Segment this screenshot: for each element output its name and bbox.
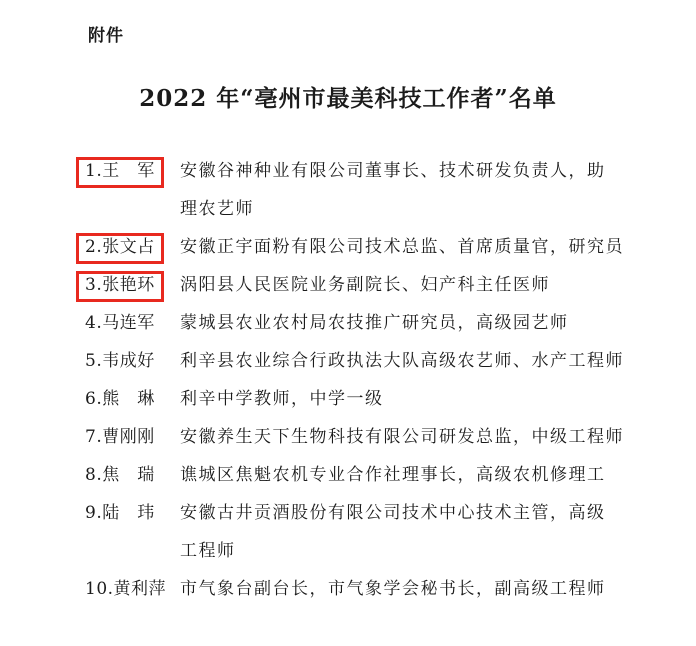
- awardee-name: 4.马连军: [85, 315, 155, 333]
- awardee-name-cell: 7.曹刚刚: [85, 418, 180, 456]
- awardee-name: 7.曹刚刚: [85, 429, 155, 447]
- awardee-name-cell: 6.熊 琳: [85, 380, 180, 418]
- awardee-name-cell: 3.张艳环: [85, 266, 180, 304]
- list-item: 8.焦 瑞谯城区焦魁农机专业合作社理事长，高级农机修理工: [85, 456, 660, 494]
- awardee-description-line: 工程师: [180, 532, 660, 570]
- awardee-description-line: 利辛中学教师，中学一级: [180, 380, 660, 418]
- awardee-name: 5.韦成好: [85, 353, 155, 371]
- awardee-name: 10.黄利萍: [85, 581, 166, 599]
- awardee-name-cell: 10.黄利萍: [85, 570, 180, 608]
- awardee-description-line: 安徽养生天下生物科技有限公司研发总监，中级工程师: [180, 418, 660, 456]
- awardee-name-cell: 1.王 军: [85, 152, 180, 190]
- awardee-description-line: 谯城区焦魁农机专业合作社理事长，高级农机修理工: [180, 456, 660, 494]
- awardee-list: 1.王 军安徽谷神种业有限公司董事长、技术研发负责人，助理农艺师2.张文占安徽正…: [85, 152, 660, 608]
- awardee-description-line: 蒙城县农业农村局农技推广研究员，高级园艺师: [180, 304, 660, 342]
- awardee-description: 安徽养生天下生物科技有限公司研发总监，中级工程师: [180, 418, 660, 456]
- page-title: 2022 年“亳州市最美科技工作者”名单: [0, 80, 696, 113]
- list-item: 5.韦成好利辛县农业综合行政执法大队高级农艺师、水产工程师: [85, 342, 660, 380]
- awardee-description-line: 涡阳县人民医院业务副院长、妇产科主任医师: [180, 266, 660, 304]
- awardee-name-cell: 8.焦 瑞: [85, 456, 180, 494]
- awardee-description: 涡阳县人民医院业务副院长、妇产科主任医师: [180, 266, 660, 304]
- list-item: 7.曹刚刚安徽养生天下生物科技有限公司研发总监，中级工程师: [85, 418, 660, 456]
- awardee-description-line: 安徽正宇面粉有限公司技术总监、首席质量官，研究员: [180, 228, 660, 266]
- awardee-description: 市气象台副台长，市气象学会秘书长，副高级工程师: [180, 570, 660, 608]
- awardee-name-cell: 4.马连军: [85, 304, 180, 342]
- awardee-name: 9.陆 玮: [85, 505, 155, 523]
- awardee-description-line: 理农艺师: [180, 190, 660, 228]
- awardee-description: 蒙城县农业农村局农技推广研究员，高级园艺师: [180, 304, 660, 342]
- awardee-description-line: 安徽谷神种业有限公司董事长、技术研发负责人，助: [180, 152, 660, 190]
- list-item: 4.马连军蒙城县农业农村局农技推广研究员，高级园艺师: [85, 304, 660, 342]
- awardee-description: 安徽正宇面粉有限公司技术总监、首席质量官，研究员: [180, 228, 660, 266]
- awardee-description-line: 利辛县农业综合行政执法大队高级农艺师、水产工程师: [180, 342, 660, 380]
- awardee-description: 安徽古井贡酒股份有限公司技术中心技术主管，高级工程师: [180, 494, 660, 570]
- awardee-description: 利辛中学教师，中学一级: [180, 380, 660, 418]
- awardee-name-highlight-box: 1.王 军: [76, 157, 164, 188]
- awardee-name-highlight-box: 3.张艳环: [76, 271, 164, 302]
- list-item: 2.张文占安徽正宇面粉有限公司技术总监、首席质量官，研究员: [85, 228, 660, 266]
- document-page: 附件 2022 年“亳州市最美科技工作者”名单 1.王 军安徽谷神种业有限公司董…: [0, 0, 696, 646]
- awardee-description: 安徽谷神种业有限公司董事长、技术研发负责人，助理农艺师: [180, 152, 660, 228]
- attachment-label: 附件: [88, 21, 124, 46]
- list-item: 6.熊 琳利辛中学教师，中学一级: [85, 380, 660, 418]
- awardee-name-cell: 9.陆 玮: [85, 494, 180, 532]
- awardee-name-cell: 2.张文占: [85, 228, 180, 266]
- awardee-name: 6.熊 琳: [85, 391, 155, 409]
- awardee-description: 利辛县农业综合行政执法大队高级农艺师、水产工程师: [180, 342, 660, 380]
- awardee-description-line: 市气象台副台长，市气象学会秘书长，副高级工程师: [180, 570, 660, 608]
- list-item: 1.王 军安徽谷神种业有限公司董事长、技术研发负责人，助理农艺师: [85, 152, 660, 228]
- awardee-description-line: 安徽古井贡酒股份有限公司技术中心技术主管，高级: [180, 494, 660, 532]
- awardee-description: 谯城区焦魁农机专业合作社理事长，高级农机修理工: [180, 456, 660, 494]
- list-item: 3.张艳环涡阳县人民医院业务副院长、妇产科主任医师: [85, 266, 660, 304]
- awardee-name-cell: 5.韦成好: [85, 342, 180, 380]
- list-item: 9.陆 玮安徽古井贡酒股份有限公司技术中心技术主管，高级工程师: [85, 494, 660, 570]
- awardee-name-highlight-box: 2.张文占: [76, 233, 164, 264]
- awardee-name: 8.焦 瑞: [85, 467, 155, 485]
- list-item: 10.黄利萍市气象台副台长，市气象学会秘书长，副高级工程师: [85, 570, 660, 608]
